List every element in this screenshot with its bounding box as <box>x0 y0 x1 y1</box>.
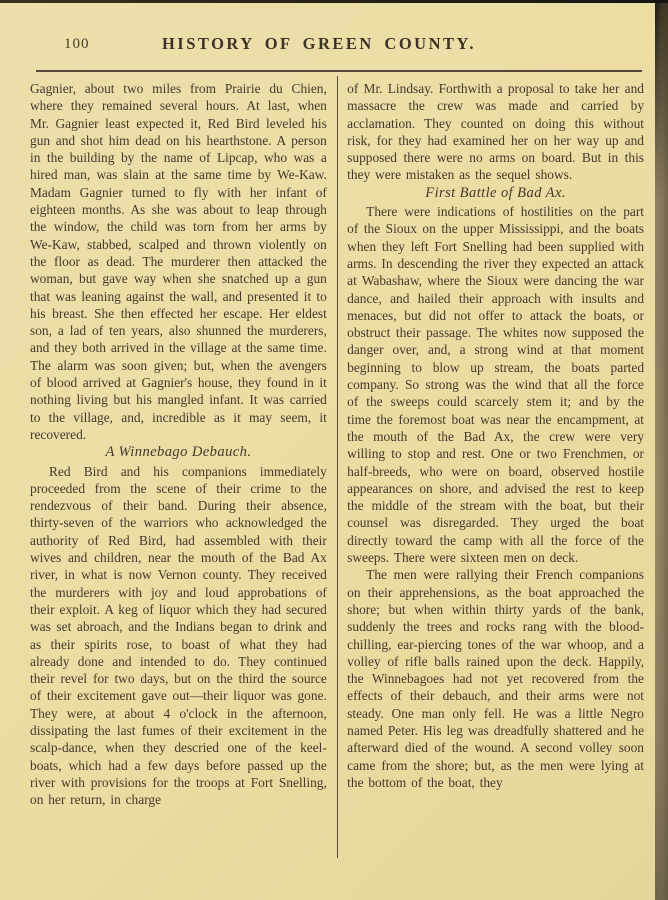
right-column: of Mr. Lindsay. Forthwith a proposal to … <box>347 80 644 886</box>
page-header: 100 HISTORY OF GREEN COUNTY. <box>0 0 668 71</box>
paragraph: Gagnier, about two miles from Prairie du… <box>30 80 327 443</box>
section-heading: A Winnebago Debauch. <box>30 443 327 462</box>
paragraph: Red Bird and his companions immediately … <box>30 463 327 809</box>
text-columns: Gagnier, about two miles from Prairie du… <box>30 80 644 886</box>
column-divider <box>337 76 338 858</box>
page-right-edge-shadow <box>655 0 668 900</box>
running-title: HISTORY OF GREEN COUNTY. <box>0 34 638 54</box>
paragraph: There were indications of hostilities on… <box>347 203 644 566</box>
paragraph: The men were rallying their French compa… <box>347 566 644 791</box>
left-column: Gagnier, about two miles from Prairie du… <box>30 80 327 886</box>
header-rule <box>36 70 642 72</box>
paragraph: of Mr. Lindsay. Forthwith a proposal to … <box>347 80 644 184</box>
page-top-edge-shadow <box>0 0 668 3</box>
book-page: 100 HISTORY OF GREEN COUNTY. Gagnier, ab… <box>0 0 668 900</box>
section-heading: First Battle of Bad Ax. <box>347 184 644 203</box>
